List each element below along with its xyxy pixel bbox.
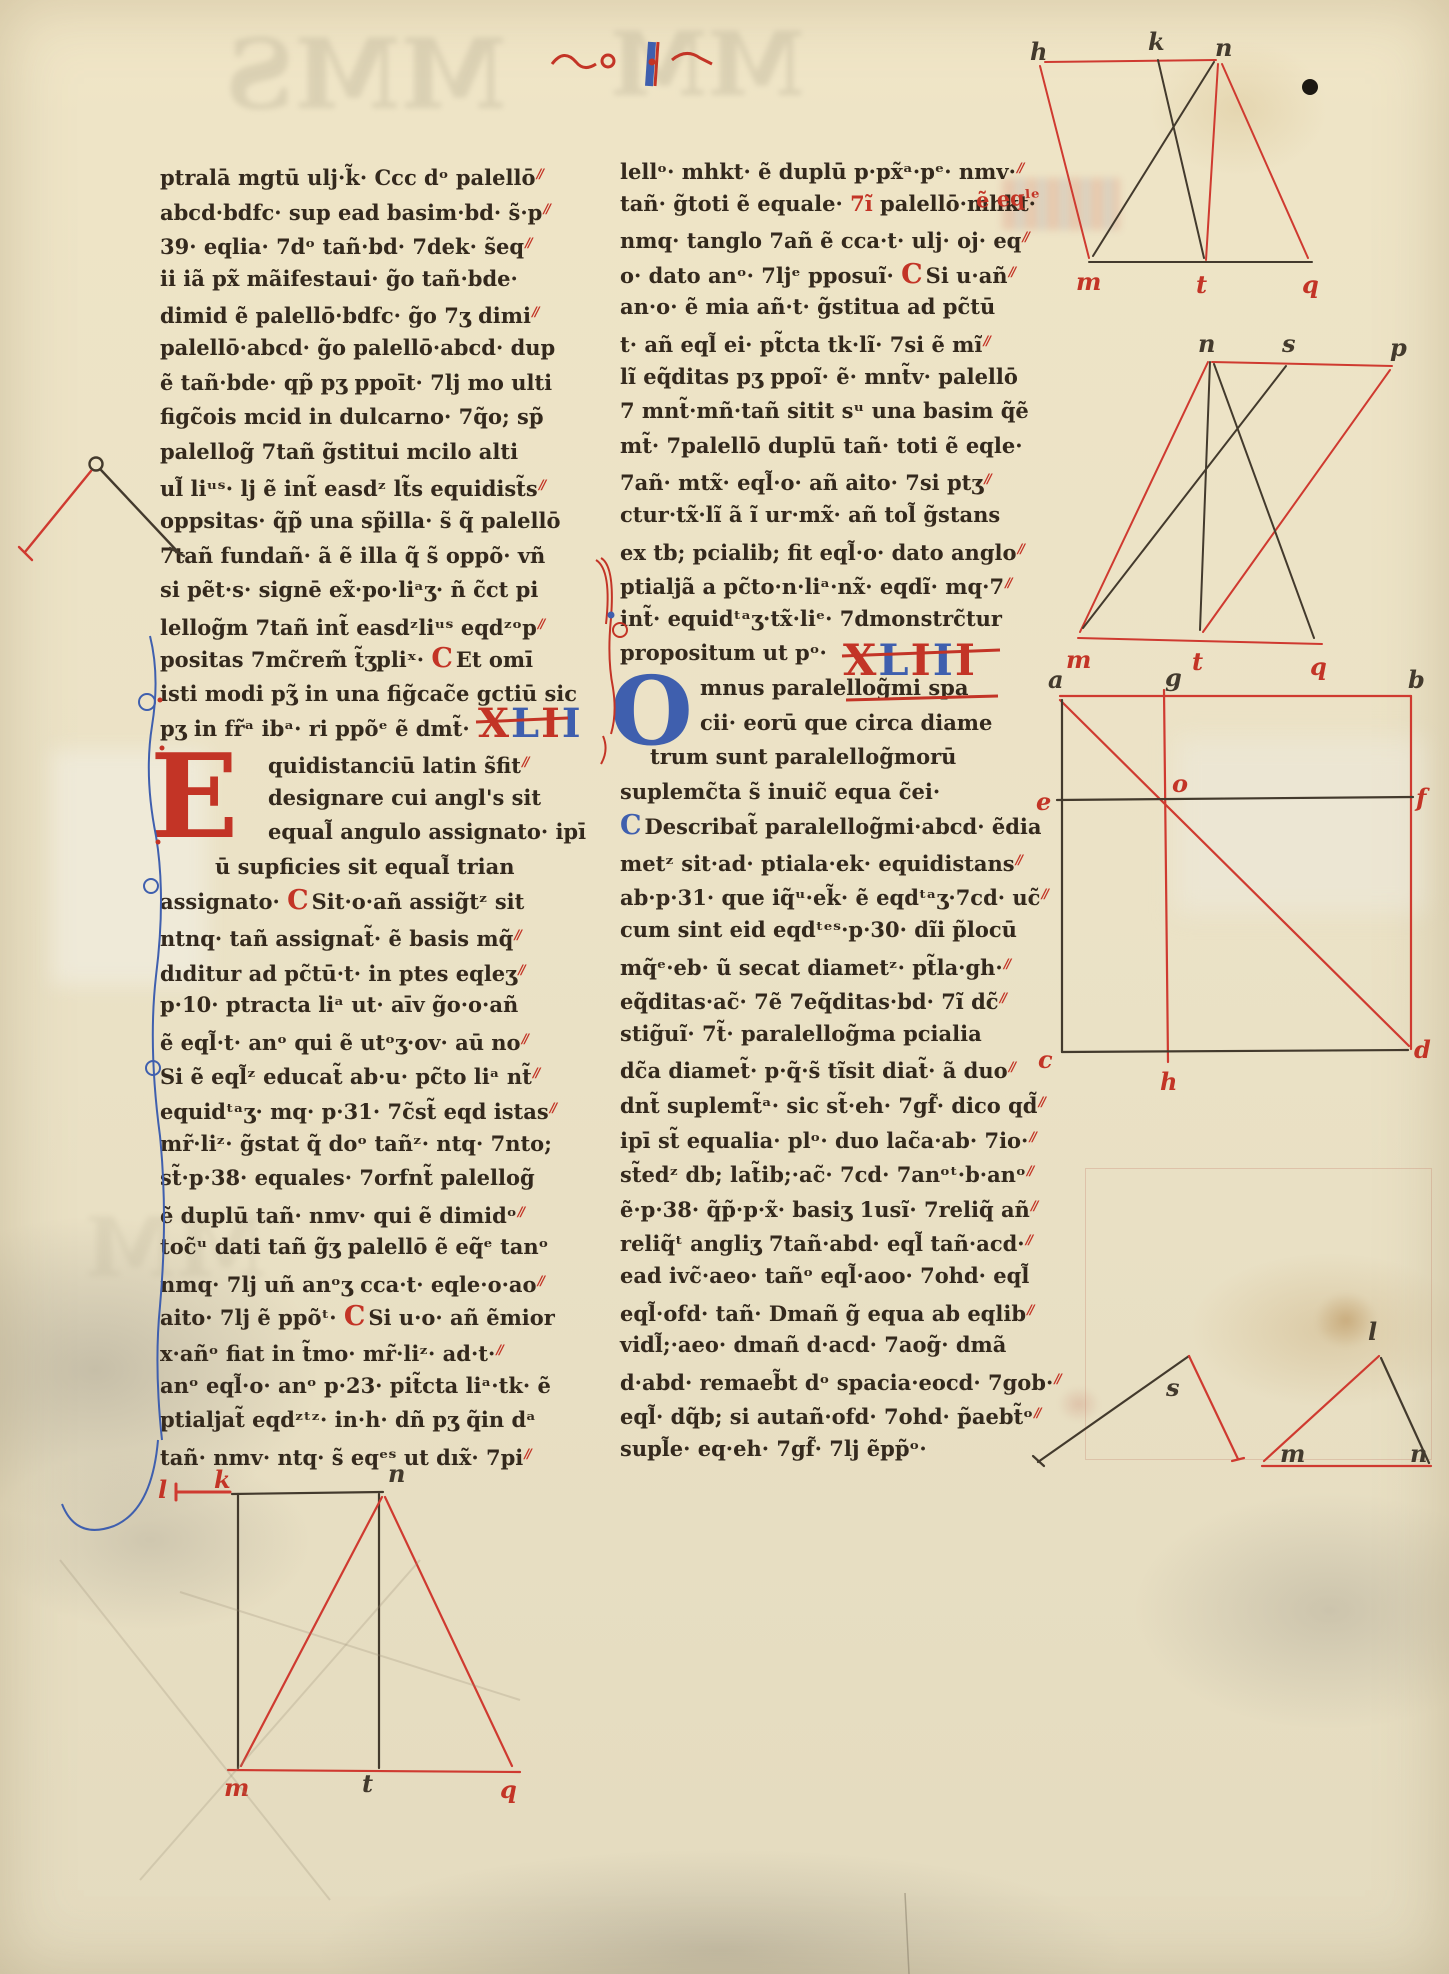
text-line: reliq̃ᵗ angliʒ 7tañ·abd· eql̃ tañ·acd·// (620, 1224, 1030, 1259)
text-line: stig̃uĩ· 7t̃· paralellog̃ma pcialia (620, 1017, 1030, 1052)
text-line: Si ẽ eql̃ᶻ educat̃ ab·u· pc̃to liᵃ nt̃// (160, 1057, 590, 1092)
diagram-triangles-nsp-mtq: n s p m t q (1066, 329, 1407, 681)
numeral-letter: I (562, 700, 583, 747)
bleed-through-text: MMS (225, 18, 507, 131)
numeral-letter: L (511, 700, 541, 747)
text-line: vidl̃;·aeo· dmañ d·acd· 7aog̃· dmã (620, 1328, 1030, 1363)
text-line: supl̃e· eq·eh· 7gf̃· 7lj ẽpp̃ᵒ· (620, 1432, 1030, 1467)
vertex-label: t (1196, 270, 1207, 299)
numeral-letter: I (541, 700, 562, 747)
text-line: an·o· ẽ mia añ·t· g̃stitua ad pc̃tū (620, 290, 1030, 325)
vertex-label: n (1215, 33, 1232, 62)
vertex-label: m (224, 1773, 249, 1802)
text-line: 39· eqlia· 7dᵒ tañ·bd· 7dek· s̃eq// (160, 227, 590, 262)
text-line: ptralā mgtū ulj·k̃· Ccc dᵒ palellō// (160, 158, 590, 193)
vertex-label: h (1160, 1067, 1177, 1096)
vertex-label: e (1036, 787, 1051, 816)
text-line: tañ· g̃toti ẽ equale· 7ĩ palellō·mhkt· (620, 187, 1030, 222)
vertex-label: t (1192, 647, 1203, 676)
text-line: eql̃·ofd· tañ· Dmañ g̃ equa ab eqlib// (620, 1294, 1030, 1329)
text-line: mt̃· 7palellō duplū tañ· toti ẽ eqle· (620, 429, 1030, 464)
numeral-letter: I (933, 636, 955, 686)
text-line: figc̃ois mcid in dulcarno· 7q̃o; sp̃ (160, 400, 590, 435)
text-line: ẽ eql̃·t· anᵒ qui ẽ utᵒʒ·ov· aū no// (160, 1023, 590, 1058)
ghost-square-outline (1085, 1168, 1432, 1460)
text-line: lellog̃m 7tañ int̃ easdᶻliᵘˢ eqdᶻᵒp// (160, 608, 590, 643)
vertex-label: d (1414, 1035, 1431, 1064)
vertex-label: s (1165, 1373, 1180, 1402)
text-line: mr̃·liᶻ· g̃stat q̃ doᵒ tañᶻ· ntq· 7nto; (160, 1127, 590, 1162)
diagram-parallelogram-hkn-mtq: h k n m t q (1030, 27, 1319, 299)
vertex-label: l (158, 1475, 167, 1504)
text-line: ptialjã a pc̃to·n·liᵃ·nx̃· eqdĩ· mq·7// (620, 567, 1030, 602)
vertex-label: g (1165, 663, 1182, 692)
text-line: assignato· CSit·o·añ assig̃tᶻ sit (160, 884, 590, 919)
text-line: eq̃ditas·ac̃· 7ẽ 7eq̃ditas·bd· 7ĩ dc̃// (620, 982, 1030, 1017)
vertex-label: b (1408, 665, 1425, 694)
numeral-letter: L (878, 636, 910, 686)
vertex-label: n (1410, 1439, 1427, 1468)
vertex-label: p (1390, 333, 1407, 362)
chapter-numeral-xlii: XLII (478, 700, 583, 747)
text-line: ead ivc̃·aeo· tañᵒ eql̃·aoo· 7ohd· eql̃ (620, 1259, 1030, 1294)
text-line: ẽ duplū tañ· nmv· qui ẽ dimidᵒ// (160, 1196, 590, 1231)
marginal-note: ẽ eqˡᵉ (975, 184, 1040, 212)
text-line: dimid ẽ palellō·bdfc· g̃o 7ʒ dimi// (160, 296, 590, 331)
decorated-initial-O: O (610, 664, 693, 759)
vertex-label: h (1030, 37, 1047, 66)
decorated-initial-E: E (150, 742, 238, 852)
page-crease (905, 1893, 909, 1974)
numeral-letter: X (843, 636, 878, 686)
text-line: aito· 7lj ẽ ppõᵗ· CSi u·o· añ ẽmior (160, 1300, 590, 1335)
wormhole-dot (1302, 79, 1318, 95)
vertex-label: m (1066, 645, 1091, 674)
text-line: si pẽt·s· signē ex̃·po·liᵃʒ· ñ c̃ct pi (160, 573, 590, 608)
text-line: 7 mnt̃·mñ·tañ sitit sᵘ una basim q̃ẽ (620, 394, 1030, 429)
text-line: st̃edᶻ db; lat̃ib;·ac̃· 7cd· 7anᵒᵗ·b·anᵒ… (620, 1155, 1030, 1190)
text-line: ii iã px̃ mãifestaui· g̃o tañ·bde· (160, 262, 590, 297)
vertex-label: f (1414, 783, 1430, 812)
vertex-label: q (500, 1775, 517, 1804)
numeral-letter: I (911, 636, 933, 686)
text-line: st̃·p·38· equales· 7orfnt̃ palellog̃ (160, 1161, 590, 1196)
vertex-label: q (1310, 652, 1327, 681)
text-line: suplemc̃ta s̃ inuic̃ equa c̃ei· (620, 775, 1030, 810)
vertex-label: l (1368, 1317, 1377, 1346)
text-line: d·abd· remaeb̃t dᵒ spacia·eocd· 7gob·// (620, 1363, 1030, 1398)
vertex-label: n (1198, 329, 1215, 358)
text-line: tañ· nmv· ntq· s̃ eqᵉˢ ut dıx̃· 7pi// (160, 1438, 590, 1473)
text-line: eql̃· dq̃b; si autañ·ofd· 7ohd· p̃aebt̃ᵒ… (620, 1397, 1030, 1432)
vertex-label: o (1172, 769, 1188, 798)
text-line: dıditur ad pc̃tū·t· in ptes eqleʒ// (160, 954, 590, 989)
quire-mark-ornament (552, 42, 712, 86)
text-line: ul̃ liᵘˢ· lj ẽ int̃ easdᶻ lt̃s equidist̃… (160, 469, 590, 504)
text-line: mq̃ᵉ·eb· ũ secat diametᶻ· pt̃la·gh·// (620, 948, 1030, 983)
bleed-through-text: MM (610, 12, 805, 116)
diagram-square-abcd: a g b e o f c h d (1036, 663, 1431, 1096)
text-line: p·10· ptracta liᵃ ut· aīv g̃o·o·añ (160, 988, 590, 1023)
text-line: lellᵒ· mhkt· ẽ duplū p·px̃ᵃ·pᵉ· nmv·// (620, 152, 1030, 187)
manuscript-page: MMS MM MM ptralā mgtū ulj·k̃· Ccc dᵒ pal… (0, 0, 1449, 1974)
text-line: lĩ eq̃ditas pʒ ppoĩ· ẽ· mnt̃v· palellō (620, 360, 1030, 395)
text-line: ab·p·31· que iq̃ᵘ·ek̃· ẽ eqdᵗᵃʒ·7cd· uc̃… (620, 878, 1030, 913)
text-line: abcd·bdfc· sup ead basim·bd· s̃·p// (160, 193, 590, 228)
vertex-label: t (362, 1769, 373, 1798)
text-line: x·añᵒ fiat in t̃mo· mr̃·liᶻ· ad·t·// (160, 1334, 590, 1369)
text-line: CDescribat̃ paralellog̃mi·abcd· ẽdia (620, 809, 1030, 844)
text-line: ctur·tx̃·lĩ ã ĩ ur·mx̃· añ tol̃ g̃stans (620, 498, 1030, 533)
text-line: ipī st̃ equalia· plᵒ· duo lac̃a·ab· 7io·… (620, 1121, 1030, 1156)
text-line: metᶻ sit·ad· ptiala·ek· equidistans// (620, 844, 1030, 879)
vertex-label: q (1302, 270, 1319, 299)
text-line: 7añ· mtx̃· eql̃·o· añ aito· 7si ptʒ// (620, 463, 1030, 498)
vertex-label: a (1048, 665, 1064, 694)
ghost-lines (60, 1560, 520, 1900)
stain-spot (1058, 1386, 1100, 1422)
text-line: nmq· tanglo 7añ ẽ cca·t· ulj· oj· eq// (620, 221, 1030, 256)
text-line: nmq· 7lj uñ anᵒʒ cca·t· eqle·o·ao// (160, 1265, 590, 1300)
text-line: cum sint eid eqdᵗᵉˢ·p·30· dĩi p̃locū (620, 913, 1030, 948)
text-line: ẽ·p·38· q̃p̃·p·x̃· basiʒ 1usĩ· 7reliq̃ a… (620, 1190, 1030, 1225)
vertex-label: k (1148, 27, 1165, 56)
numeral-letter: I (955, 636, 977, 686)
text-line: t· añ eql̃ ei· pt̃cta tk·lĩ· 7si ẽ mĩ// (620, 325, 1030, 360)
text-line: ntnq· tañ assignat̃· ẽ basis mq̃// (160, 919, 590, 954)
text-line: oppsitas· q̃p̃ una sp̃illa· s̃ q̃ palell… (160, 504, 590, 539)
vertex-label: c (1038, 1045, 1053, 1074)
text-line: ẽ tañ·bde· qp̃ pʒ ppoīt· 7lj mo ulti (160, 366, 590, 401)
text-line: anᵒ eql̃·o· anᵒ p·23· pit̃cta liᵃ·tk· ẽ (160, 1369, 590, 1404)
vertex-label: m (1280, 1439, 1305, 1468)
faded-patch (1175, 738, 1425, 913)
text-line: 7tañ fundañ· ã ẽ illa q̃ s̃ oppõ· vñ (160, 539, 590, 574)
vertex-label: s (1281, 329, 1296, 358)
diagram-rectangle-lkn-mtq: l k n m t q (158, 1459, 520, 1804)
text-line: dnt̃ suplemt̃ᵃ· sic st̃·eh· 7gf̃· dico q… (620, 1086, 1030, 1121)
text-line: palellog̃ 7tañ g̃stitui mcilo alti (160, 435, 590, 470)
diagram-angle-s: s (1033, 1356, 1244, 1466)
text-line: toc̃ᵘ dati tañ g̃ʒ palellō ẽ eq̃ᵉ tanᵒ (160, 1230, 590, 1265)
vertex-label: m (1076, 267, 1101, 296)
text-line: o· dato anᵒ· 7ljᵉ pposuĩ· CSi u·añ// (620, 256, 1030, 291)
text-line: ptialjat̃ eqdᶻᵗᶻ· in·h· dñ pʒ q̃in dᵃ (160, 1403, 590, 1438)
chapter-numeral-xliii: XLIII (843, 636, 977, 686)
text-line: palellō·abcd· g̃o palellō·abcd· dup (160, 331, 590, 366)
text-line: int̃· equidᵗᵃʒ·tx̃·liᵉ· 7dmonstrc̃tur (620, 602, 1030, 637)
numeral-letter: X (478, 700, 511, 747)
text-line: positas 7mc̃rem̃ t̃ʒpliˣ· CEt omī (160, 642, 590, 677)
text-line: dc̃a diamet̃· p·q̃·s̃ tĩsit diat̃· ã duo… (620, 1051, 1030, 1086)
text-column-right: lellᵒ· mhkt· ẽ duplū p·px̃ᵃ·pᵉ· nmv·//ta… (620, 152, 1030, 1467)
text-line: ex tb; pcialib; fit eql̃·o· dato anglo// (620, 533, 1030, 568)
stain-spot (1315, 1292, 1377, 1348)
text-line: equidᵗᵃʒ· mq· p·31· 7c̃st̃ eqd istas// (160, 1092, 590, 1127)
diagram-triangle-lmn: l m n (1262, 1317, 1431, 1468)
